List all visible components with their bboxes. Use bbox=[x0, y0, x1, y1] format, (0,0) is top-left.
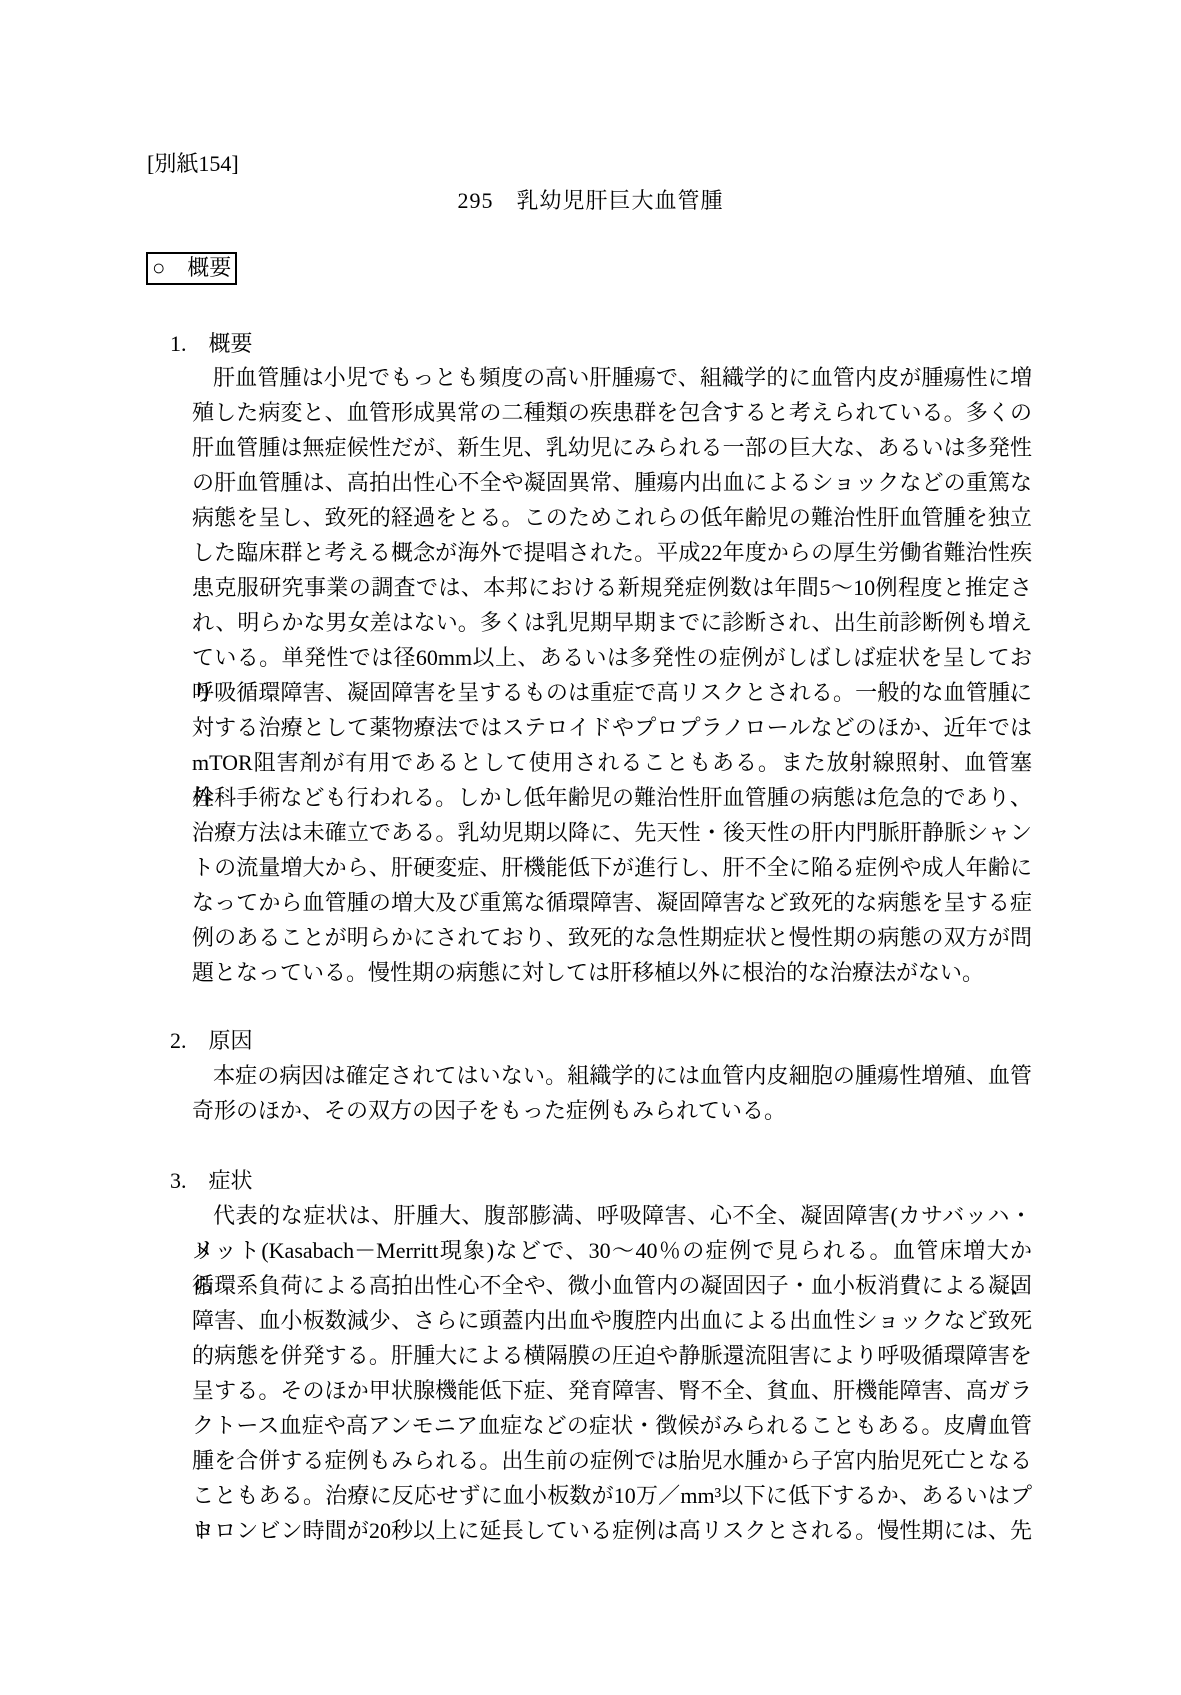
section-body-symptoms: 代表的な症状は、肝腫大、腹部膨満、呼吸障害、心不全、凝固障害(カサバッハ・メリッ… bbox=[192, 1198, 1032, 1548]
text-line: トロンビン時間が20秒以上に延長している症例は高リスクとされる。慢性期には、先 bbox=[192, 1513, 1032, 1548]
text-line: 殖した病変と、血管形成異常の二種類の疾患群を包含すると考えられている。多くの bbox=[192, 395, 1032, 430]
text-line: れ、明らかな男女差はない。多くは乳児期早期までに診断され、出生前診断例も増え bbox=[192, 605, 1032, 640]
text-line: ている。単発性では径60mm以上、あるいは多発性の症例がしばしば症状を呈しており… bbox=[192, 640, 1032, 675]
text-line: した臨床群と考える概念が海外で提唱された。平成22年度からの厚生労働省難治性疾 bbox=[192, 535, 1032, 570]
text-line: 腫を合併する症例もみられる。出生前の症例では胎児水腫から子宮内胎児死亡となる bbox=[192, 1443, 1032, 1478]
section-heading-symptoms: 3. 症状 bbox=[170, 1163, 253, 1198]
text-line: 病態を呈し、致死的経過をとる。このためこれらの低年齢児の難治性肝血管腫を独立 bbox=[192, 500, 1032, 535]
text-line: 対する治療として薬物療法ではステロイドやプロプラノロールなどのほか、近年では bbox=[192, 710, 1032, 745]
text-line: 呼吸循環障害、凝固障害を呈するものは重症で高リスクとされる。一般的な血管腫に bbox=[192, 675, 1032, 710]
text-line: クトース血症や高アンモニア血症などの症状・徴候がみられることもある。皮膚血管 bbox=[192, 1408, 1032, 1443]
attachment-number-label: [別紙154] bbox=[147, 149, 239, 179]
section-heading-cause: 2. 原因 bbox=[170, 1023, 253, 1058]
page-title: 295 乳幼児肝巨大血管腫 bbox=[0, 186, 1181, 216]
text-line: 治療方法は未確立である。乳幼児期以降に、先天性・後天性の肝内門脈肝静脈シャン bbox=[192, 815, 1032, 850]
document-page: [別紙154] 295 乳幼児肝巨大血管腫 ○ 概要 1. 概要 肝血管腫は小児… bbox=[0, 0, 1181, 1695]
text-line: こともある。治療に反応せずに血小板数が10万／mm³以下に低下するか、あるいはプ… bbox=[192, 1478, 1032, 1513]
text-line: 障害、血小板数減少、さらに頭蓋内出血や腹腔内出血による出血性ショックなど致死 bbox=[192, 1303, 1032, 1338]
text-line: mTOR阻害剤が有用であるとして使用されることもある。また放射線照射、血管塞栓、 bbox=[192, 745, 1032, 780]
text-line: 循環系負荷による高拍出性心不全や、微小血管内の凝固因子・血小板消費による凝固 bbox=[192, 1268, 1032, 1303]
section-body-cause: 本症の病因は確定されてはいない。組織学的には血管内皮細胞の腫瘍性増殖、血管奇形の… bbox=[192, 1058, 1032, 1128]
text-line: 本症の病因は確定されてはいない。組織学的には血管内皮細胞の腫瘍性増殖、血管 bbox=[192, 1058, 1032, 1093]
text-line: の肝血管腫は、高拍出性心不全や凝固異常、腫瘍内出血によるショックなどの重篤な bbox=[192, 465, 1032, 500]
text-line: 呈する。そのほか甲状腺機能低下症、発育障害、腎不全、貧血、肝機能障害、高ガラ bbox=[192, 1373, 1032, 1408]
text-line: 代表的な症状は、肝腫大、腹部膨満、呼吸障害、心不全、凝固障害(カサバッハ・メ bbox=[192, 1198, 1032, 1233]
text-line: 肝血管腫は無症候性だが、新生児、乳幼児にみられる一部の巨大な、あるいは多発性 bbox=[192, 430, 1032, 465]
text-line: 題となっている。慢性期の病態に対しては肝移植以外に根治的な治療法がない。 bbox=[192, 955, 1032, 990]
text-line: なってから血管腫の増大及び重篤な循環障害、凝固障害など致死的な病態を呈する症 bbox=[192, 885, 1032, 920]
text-line: 的病態を併発する。肝腫大による横隔膜の圧迫や静脈還流阻害により呼吸循環障害を bbox=[192, 1338, 1032, 1373]
text-line: 患克服研究事業の調査では、本邦における新規発症例数は年間5〜10例程度と推定さ bbox=[192, 570, 1032, 605]
section-body-overview: 肝血管腫は小児でもっとも頻度の高い肝腫瘍で、組織学的に血管内皮が腫瘍性に増殖した… bbox=[192, 360, 1032, 990]
text-line: 外科手術なども行われる。しかし低年齢児の難治性肝血管腫の病態は危急的であり、 bbox=[192, 780, 1032, 815]
section-heading-overview: 1. 概要 bbox=[170, 326, 253, 361]
overview-section-box: ○ 概要 bbox=[146, 252, 237, 285]
text-line: 奇形のほか、その双方の因子をもった症例もみられている。 bbox=[192, 1093, 1032, 1128]
text-line: 肝血管腫は小児でもっとも頻度の高い肝腫瘍で、組織学的に血管内皮が腫瘍性に増 bbox=[192, 360, 1032, 395]
text-line: トの流量増大から、肝硬変症、肝機能低下が進行し、肝不全に陥る症例や成人年齢に bbox=[192, 850, 1032, 885]
text-line: 例のあることが明らかにされており、致死的な急性期症状と慢性期の病態の双方が問 bbox=[192, 920, 1032, 955]
text-line: リット(Kasabach－Merritt現象)などで、30〜40％の症例で見られ… bbox=[192, 1233, 1032, 1268]
